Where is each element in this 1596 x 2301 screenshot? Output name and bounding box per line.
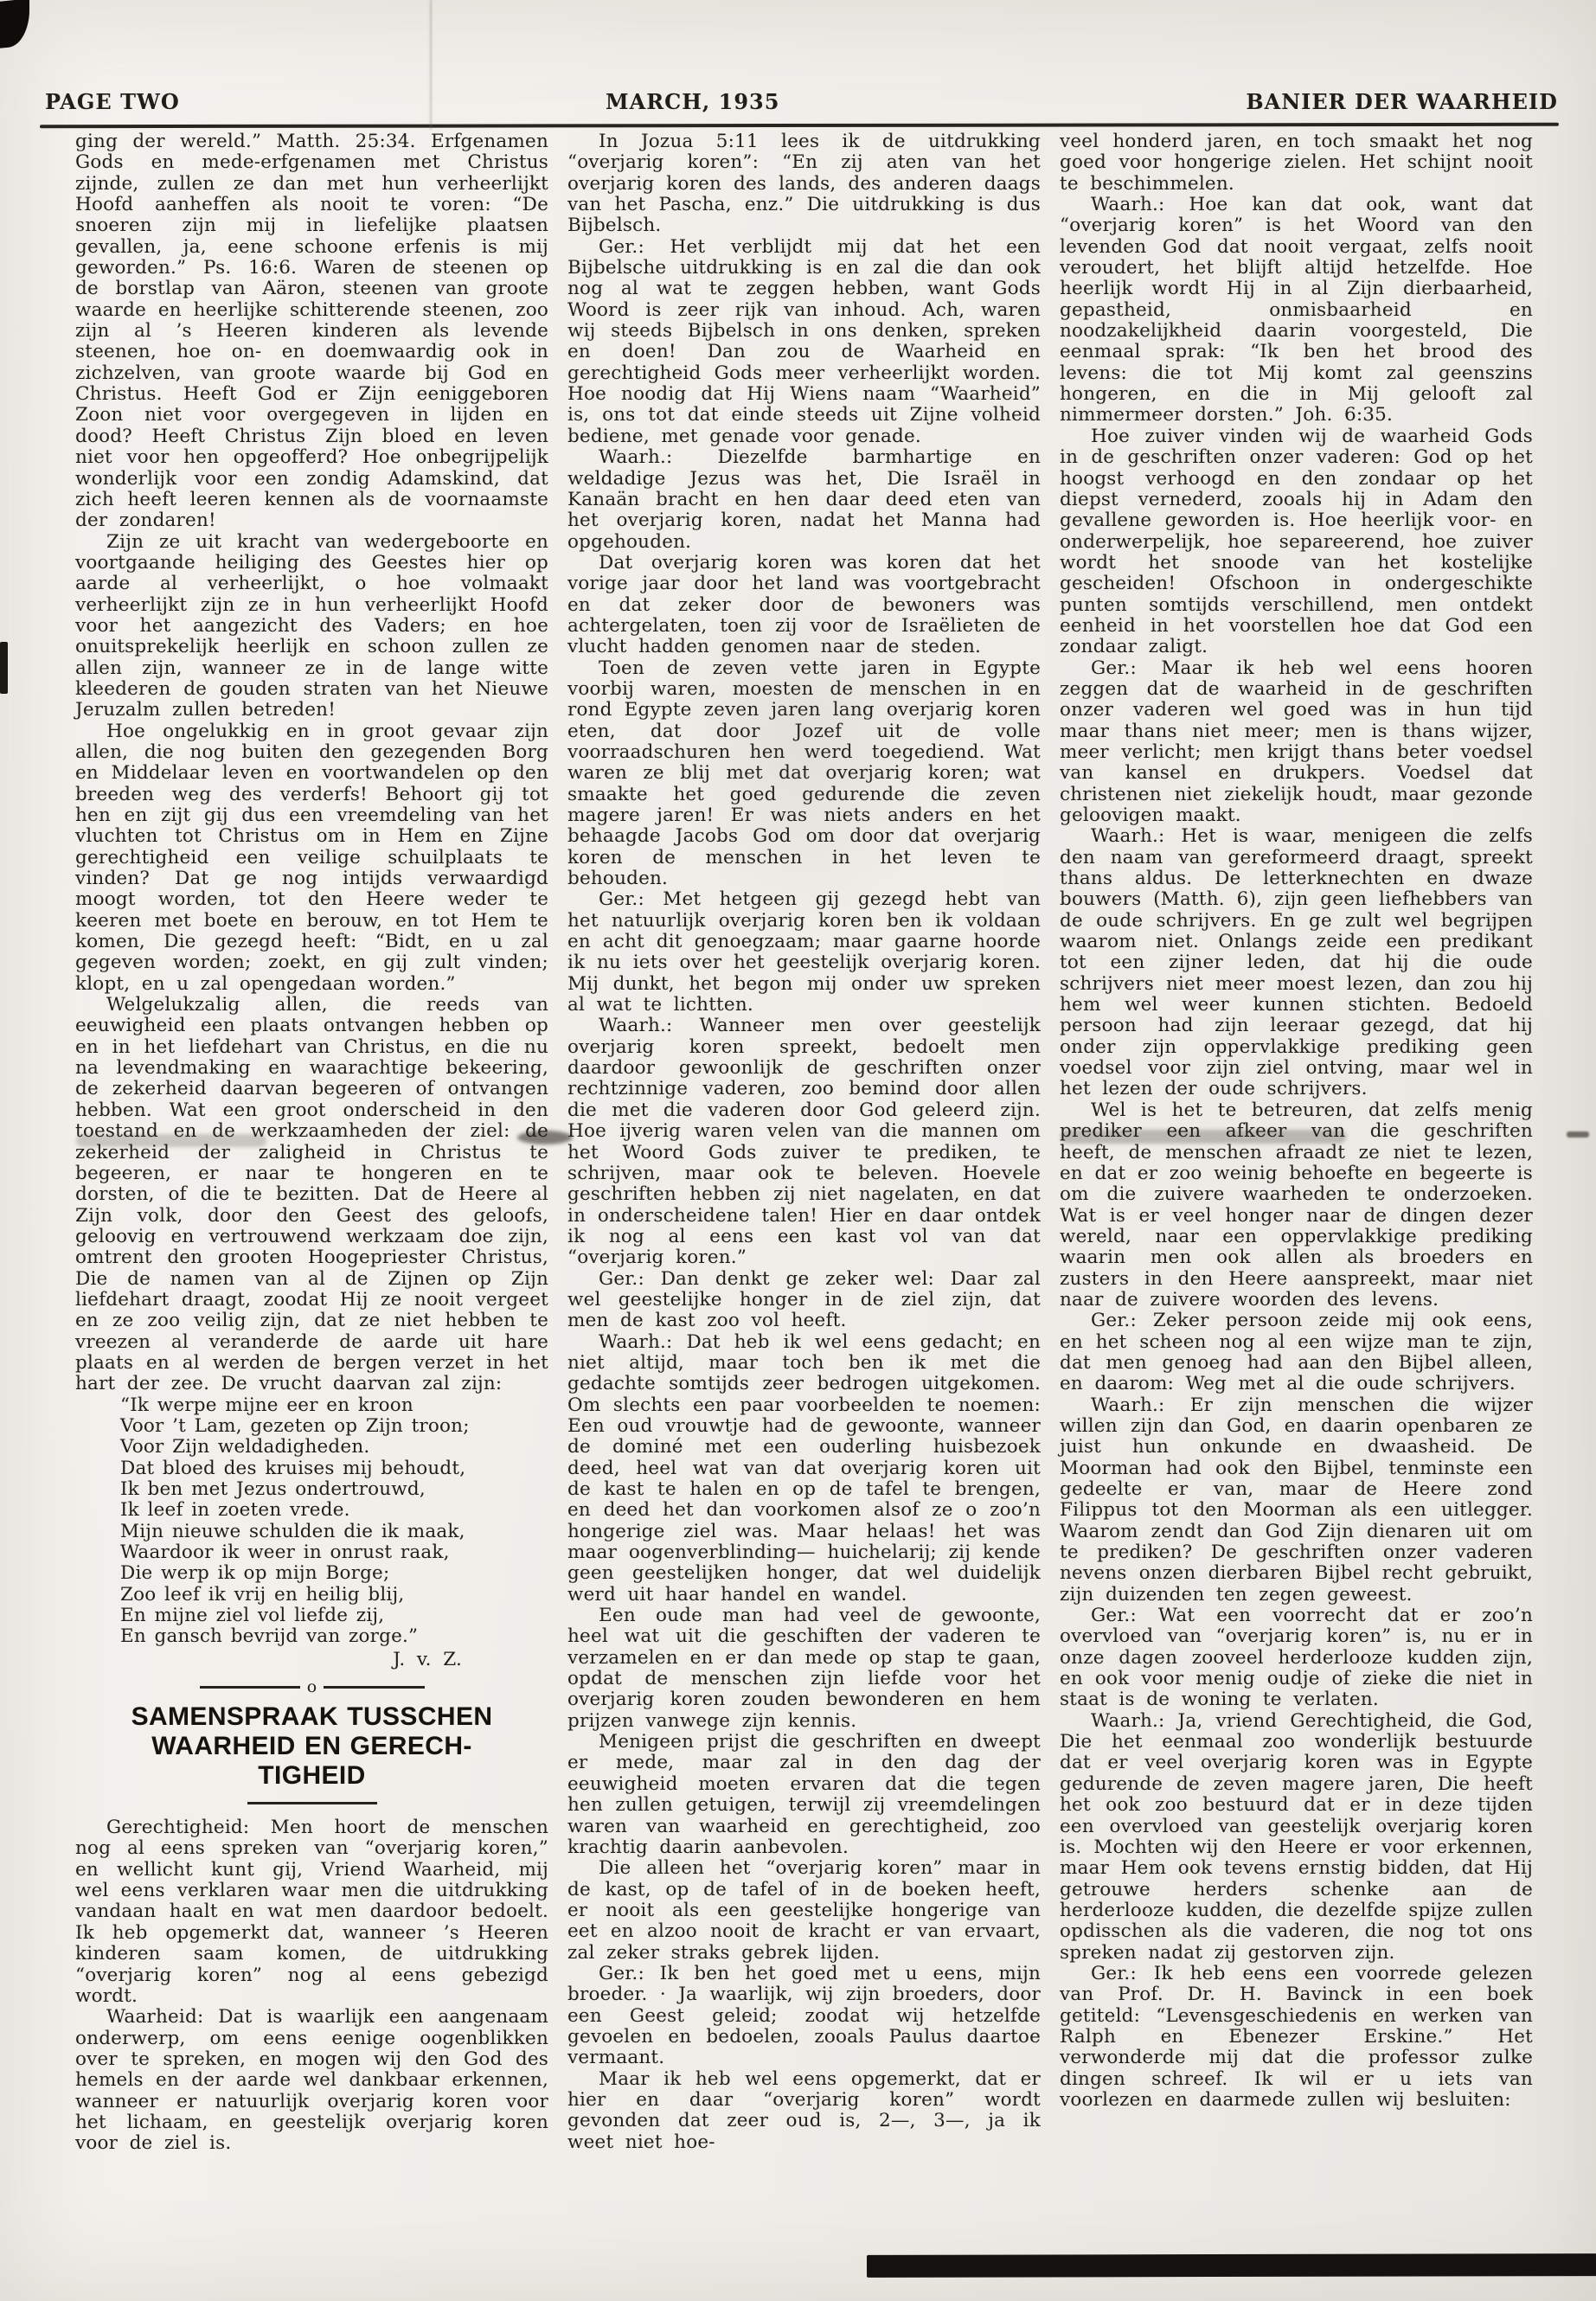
paragraph: Waarh.: Wanneer men over geestelijk over…: [567, 1016, 1041, 1268]
heading-rule: [247, 1802, 377, 1804]
paragraph: Maar ik heb wel eens opgemerkt, dat er h…: [567, 2069, 1041, 2153]
poem-line: Dat bloed des kruises mij behoudt,: [120, 1458, 548, 1479]
ink-smudge: [517, 1131, 573, 1144]
poem-line: Ik leef in zoeten vrede.: [120, 1500, 548, 1521]
paper-crease: [430, 0, 432, 130]
paragraph: Waarheid: Dat is waarlijk een aangenaam …: [75, 2007, 548, 2154]
article-heading-line: TIGHEID: [75, 1761, 548, 1791]
paragraph: veel honderd jaren, en toch smaakt het n…: [1060, 131, 1533, 195]
article-heading-line: SAMENSPRAAK TUSSCHEN: [75, 1702, 548, 1732]
poem-line: Voor Zijn weldadigheden.: [120, 1437, 548, 1458]
poem-line: Die werp ik op mijn Borge;: [120, 1563, 548, 1584]
scan-bar-bottom: [867, 2253, 1596, 2278]
paragraph: Ger.: Het verblijdt mij dat het een Bijb…: [567, 237, 1041, 447]
paragraph: Gerechtigheid: Men hoort de menschen nog…: [75, 1817, 548, 2007]
page-number-label: PAGE TWO: [45, 89, 180, 114]
paragraph: Menigeen prijst die geschriften en dweep…: [567, 1732, 1041, 1858]
paragraph: Ger.: Zeker persoon zeide mij ook eens, …: [1060, 1311, 1533, 1394]
column-2: In Jozua 5:11 lees ik de uitdrukking “ov…: [567, 131, 1041, 2155]
article-heading: SAMENSPRAAK TUSSCHENWAARHEID EN GERECH-T…: [75, 1702, 548, 1791]
poem-line: En mijne ziel vol liefde zij,: [120, 1606, 548, 1626]
paragraph: In Jozua 5:11 lees ik de uitdrukking “ov…: [567, 131, 1041, 237]
newspaper-page: PAGE TWO MARCH, 1935 BANIER DER WAARHEID…: [0, 0, 1596, 2301]
poem-line: Waardoor ik weer in onrust raak,: [120, 1542, 548, 1563]
paragraph: Die alleen het “overjarig koren” maar in…: [567, 1858, 1041, 1964]
paragraph: Zijn ze uit kracht van wedergeboorte en …: [75, 532, 548, 721]
poem-line: “Ik werpe mijne eer en kroon: [120, 1395, 548, 1416]
paragraph: Ger.: Wat een voorrecht dat er zoo’n ove…: [1060, 1606, 1533, 1711]
ink-smudge: [76, 1134, 266, 1147]
paragraph: Ger.: Ik ben het goed met u eens, mijn b…: [567, 1964, 1041, 2069]
scan-ink-blot-top-left: [0, 0, 29, 48]
ink-smudge: [1061, 1130, 1346, 1144]
poem-line: Voor ’t Lam, gezeten op Zijn troon;: [120, 1416, 548, 1437]
poem-line: En gansch bevrijd van zorge.”: [120, 1626, 548, 1647]
paragraph: Waarh.: Er zijn menschen die wijzer will…: [1060, 1395, 1533, 1606]
issue-date: MARCH, 1935: [606, 89, 779, 114]
publication-title: BANIER DER WAARHEID: [1246, 89, 1558, 114]
author-initials: J. v. Z.: [75, 1650, 548, 1670]
paragraph: Waarh.: Het is waar, menigeen die zelfs …: [1060, 826, 1533, 1099]
bleed-through-ghost: [657, 562, 943, 926]
paragraph: Waarh.: Dat heb ik wel eens gedacht; en …: [567, 1332, 1041, 1606]
scan-mark-right-margin: [1567, 1131, 1589, 1138]
paragraph: Hoe zuiver vinden wij de waarheid Gods i…: [1060, 426, 1533, 658]
poem-line: Mijn nieuwe schulden die ik maak,: [120, 1522, 548, 1542]
article-heading-line: WAARHEID EN GERECH-: [75, 1732, 548, 1761]
masthead: PAGE TWO MARCH, 1935 BANIER DER WAARHEID: [0, 89, 1596, 120]
paragraph: Waarh.: Ja, vriend Gerechtigheid, die Go…: [1060, 1711, 1533, 1964]
poem-line: Zoo leef ik vrij en heilig blij,: [120, 1585, 548, 1606]
poem-line: Ik ben met Jezus ondertrouwd,: [120, 1479, 548, 1500]
poem: “Ik werpe mijne eer en kroonVoor ’t Lam,…: [120, 1395, 548, 1648]
paragraph: Hoe ongelukkig en in groot gevaar zijn a…: [75, 721, 548, 995]
paragraph: Ger.: Maar ik heb wel eens hooren zeggen…: [1060, 658, 1533, 827]
header-rule: [40, 123, 1559, 128]
paragraph: Waarh.: Hoe kan dat ook, want dat “overj…: [1060, 195, 1533, 426]
paragraph: Waarh.: Diezelfde barmhartige en weldadi…: [567, 447, 1041, 553]
paragraph: Een oude man had veel de gewoonte, heel …: [567, 1606, 1041, 1732]
paragraph: Ger.: Ik heb eens een voorrede gelezen v…: [1060, 1964, 1533, 2111]
scan-mark-left-margin: [0, 642, 8, 694]
paragraph: ging der wereld.” Matth. 25:34. Erfgenam…: [75, 131, 548, 532]
section-divider: o: [200, 1679, 425, 1695]
paragraph: Welgelukzalig allen, die reeds van eeuwi…: [75, 995, 548, 1395]
paragraph: Ger.: Dan denkt ge zeker wel: Daar zal w…: [567, 1269, 1041, 1332]
